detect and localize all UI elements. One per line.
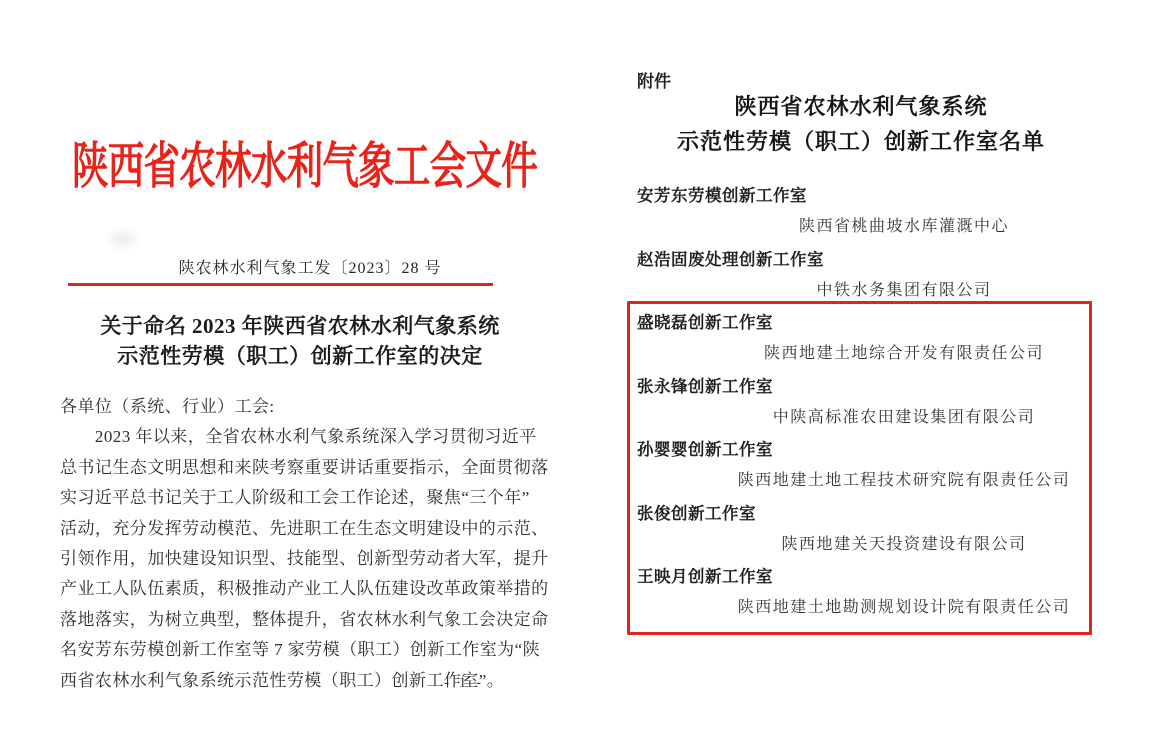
list-item: 孙婴婴创新工作室 陕西地建土地工程技术研究院有限责任公司 xyxy=(637,440,1092,504)
workshop-name: 孙婴婴创新工作室 xyxy=(637,440,1092,460)
scan-smudge xyxy=(105,226,141,252)
body-line: 活动，充分发挥劳动模范、先进职工在生态文明建设中的示范、 xyxy=(60,514,526,544)
red-divider-rule xyxy=(68,283,493,286)
list-item: 盛晓磊创新工作室 陕西地建土地综合开发有限责任公司 xyxy=(637,313,1092,377)
workshop-org: 中铁水务集团有限公司 xyxy=(715,281,1093,301)
workshop-name: 盛晓磊创新工作室 xyxy=(637,313,1092,333)
attachment-title: 陕西省农林水利气象系统 示范性劳模（职工）创新工作室名单 xyxy=(635,89,1087,159)
decision-title-line1: 关于命名 2023 年陕西省农林水利气象系统 xyxy=(70,311,530,341)
workshop-org: 陕西地建土地工程技术研究院有限责任公司 xyxy=(715,471,1093,491)
attachment-title-line2: 示范性劳模（职工）创新工作室名单 xyxy=(635,124,1087,159)
workshop-org: 陕西省桃曲坡水库灌溉中心 xyxy=(715,217,1093,237)
attachment-title-line1: 陕西省农林水利气象系统 xyxy=(635,89,1087,124)
body-line: 总书记生态文明思想和来陕考察重要讲话重要指示，全面贯彻落 xyxy=(60,453,526,483)
list-item: 张永锋创新工作室 中陕高标准农田建设集团有限公司 xyxy=(637,377,1092,441)
workshop-name: 张永锋创新工作室 xyxy=(637,377,1092,397)
body-line: 落地落实，为树立典型，整体提升，省农林水利气象工会决定命 xyxy=(60,605,526,635)
document-number: 陕农林水利气象工发〔2023〕28 号 xyxy=(90,255,530,278)
workshop-org: 中陕高标准农田建设集团有限公司 xyxy=(715,408,1093,428)
body-line: 产业工人队伍素质，积极推动产业工人队伍建设改革政策举措的 xyxy=(60,574,526,604)
body-line: 各单位（系统、行业）工会: xyxy=(60,392,526,422)
list-item: 赵浩固废处理创新工作室 中铁水务集团有限公司 xyxy=(637,250,1092,314)
decision-title: 关于命名 2023 年陕西省农林水利气象系统 示范性劳模（职工）创新工作室的决定 xyxy=(70,311,530,371)
workshop-list: 安芳东劳模创新工作室 陕西省桃曲坡水库灌溉中心 赵浩固废处理创新工作室 中铁水务… xyxy=(637,186,1092,631)
body-line: 实习近平总书记关于工人阶级和工会工作论述，聚焦“三个年” xyxy=(60,483,526,513)
workshop-name: 赵浩固废处理创新工作室 xyxy=(637,250,1092,270)
body-line: 2023 年以来，全省农林水利气象系统深入学习贯彻习近平 xyxy=(60,422,526,452)
workshop-name: 张俊创新工作室 xyxy=(637,504,1092,524)
body-line: 引领作用，加快建设知识型、技能型、创新型劳动者大军，提升 xyxy=(60,544,526,574)
decision-title-line2: 示范性劳模（职工）创新工作室的决定 xyxy=(70,341,530,371)
document-scan: 陕西省农林水利气象工会文件 陕农林水利气象工发〔2023〕28 号 关于命名 2… xyxy=(0,0,1168,730)
red-header-title: 陕西省农林水利气象工会文件 xyxy=(72,139,537,194)
workshop-org: 陕西地建土地综合开发有限责任公司 xyxy=(715,344,1093,364)
workshop-org: 陕西地建土地勘测规划设计院有限责任公司 xyxy=(715,598,1093,618)
list-item: 张俊创新工作室 陕西地建关天投资建设有限公司 xyxy=(637,504,1092,568)
page-number: - 1 - xyxy=(444,675,484,692)
workshop-name: 王映月创新工作室 xyxy=(637,567,1092,587)
body-paragraph: 各单位（系统、行业）工会: 2023 年以来，全省农林水利气象系统深入学习贯彻习… xyxy=(60,392,526,696)
workshop-name: 安芳东劳模创新工作室 xyxy=(637,186,1092,206)
body-line: 名安芳东劳模创新工作室等 7 家劳模（职工）创新工作室为“陕 xyxy=(60,635,526,665)
list-item: 安芳东劳模创新工作室 陕西省桃曲坡水库灌溉中心 xyxy=(637,186,1092,250)
list-item: 王映月创新工作室 陕西地建土地勘测规划设计院有限责任公司 xyxy=(637,567,1092,631)
workshop-org: 陕西地建关天投资建设有限公司 xyxy=(715,535,1093,555)
